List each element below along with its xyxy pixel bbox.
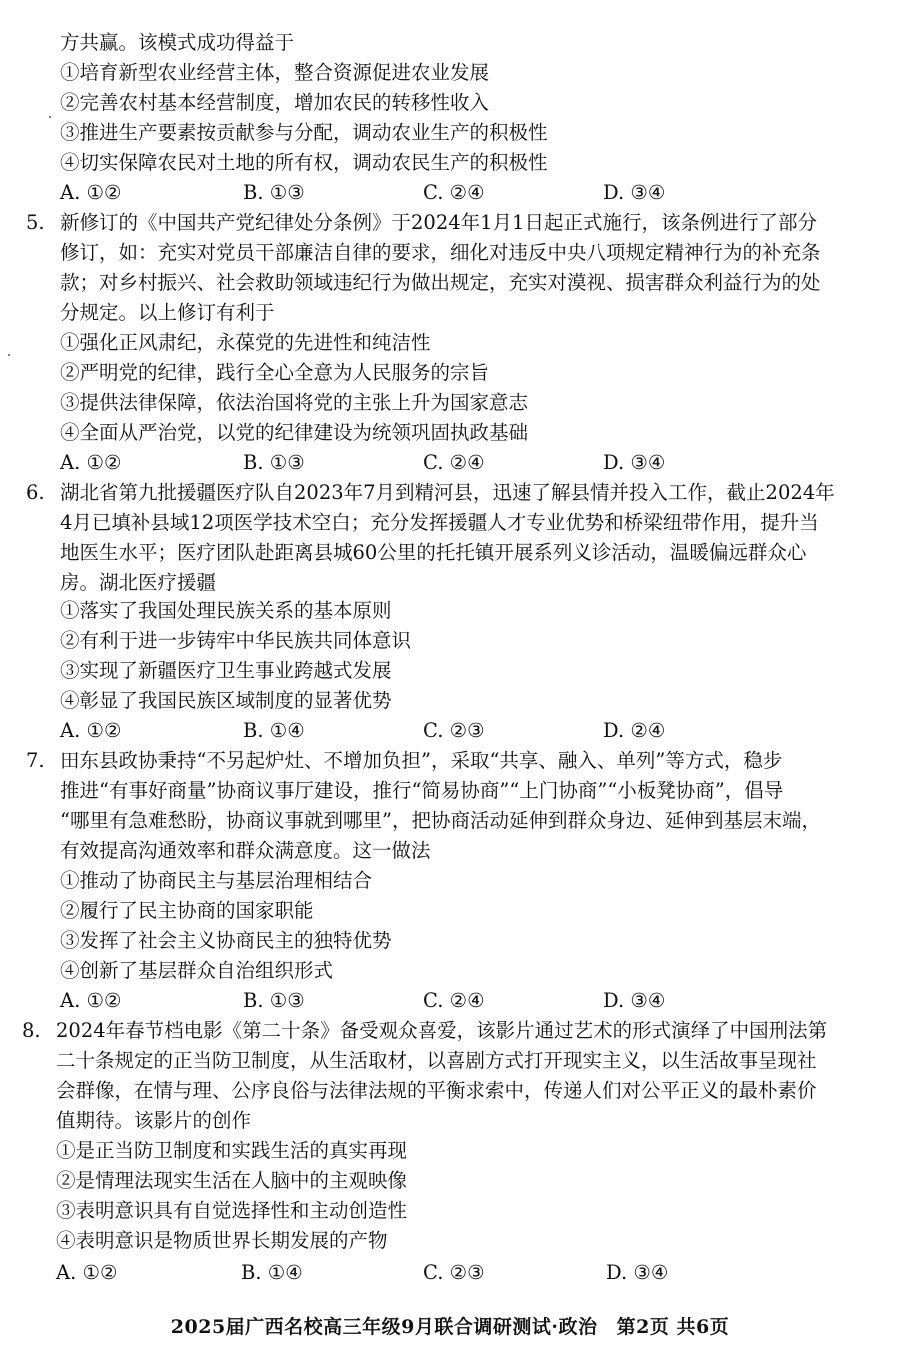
scan-speck — [8, 354, 10, 356]
exam-page: 方共赢。该模式成功得益于 ①培育新型农业经营主体，整合资源促进农业发展 ②完善农… — [0, 0, 900, 1354]
option-a: A. ①② — [56, 1260, 117, 1286]
question-number: 5. — [26, 210, 45, 236]
question-stem-line: 新修订的《中国共产党纪律处分条例》于2024年1月1日起正式施行，该条例进行了部… — [60, 210, 817, 236]
statement-2: ②严明党的纪律，践行全心全意为人民服务的宗旨 — [60, 360, 489, 386]
option-a: A. ①② — [60, 180, 121, 206]
statement-1: ①是正当防卫制度和实践生活的真实再现 — [56, 1138, 407, 1164]
option-c: C. ②④ — [423, 450, 485, 476]
statement-4: ④彰显了我国民族区域制度的显著优势 — [60, 688, 392, 714]
statement-4: ④全面从严治党，以党的纪律建设为统领巩固执政基础 — [60, 420, 528, 446]
option-d: D. ③④ — [606, 1260, 668, 1286]
statement-3: ③提供法律保障，依法治国将党的主张上升为国家意志 — [60, 390, 528, 416]
option-a: A. ①② — [60, 450, 121, 476]
statement-1: ①强化正风肃纪，永葆党的先进性和纯洁性 — [60, 330, 431, 356]
question-stem-line: 田东县政协秉持“不另起炉灶、不增加负担”，采取“共享、融入、单列”等方式，稳步 — [60, 748, 782, 774]
option-c: C. ②③ — [423, 1260, 485, 1286]
question-stem-line: “哪里有急难愁盼，协商议事就到哪里”，把协商活动延伸到群众身边、延伸到基层末端， — [60, 808, 821, 834]
statement-3: ③实现了新疆医疗卫生事业跨越式发展 — [60, 658, 392, 684]
option-a: A. ①② — [60, 988, 121, 1014]
question-stem-line: 款；对乡村振兴、社会救助领域违纪行为做出规定，充实对漠视、损害群众利益行为的处 — [60, 270, 821, 296]
statement-4: ④表明意识是物质世界长期发展的产物 — [56, 1228, 388, 1254]
page-number: 第2页 共6页 — [617, 1316, 730, 1338]
question-stem-line: 二十条规定的正当防卫制度，从生活取材，以喜剧方式打开现实主义，以生活故事呈现社 — [56, 1048, 817, 1074]
option-d: D. ③④ — [603, 180, 665, 206]
question-stem-line: 2024年春节档电影《第二十条》备受观众喜爱，该影片通过艺术的形式演绎了中国刑法… — [56, 1018, 827, 1044]
statement-4: ④切实保障农民对土地的所有权，调动农民生产的积极性 — [60, 150, 548, 176]
exam-title: 2025届广西名校高三年级9月联合调研测试·政治 — [171, 1316, 598, 1338]
option-d: D. ③④ — [603, 450, 665, 476]
question-stem-line: 分规定。以上修订有利于 — [60, 300, 275, 326]
question-number: 8. — [22, 1018, 41, 1044]
question-stem-line: 推进“有事好商量”协商议事厅建设，推行“简易协商”“上门协商”“小板凳协商”，倡… — [60, 778, 783, 804]
question-stem-line: 修订，如：充实对党员干部廉洁自律的要求，细化对违反中央八项规定精神行为的补充条 — [60, 240, 821, 266]
question-stem-line: 湖北省第九批援疆医疗队自2023年7月到精河县，迅速了解县情并投入工作，截止20… — [60, 480, 835, 506]
statement-4: ④创新了基层群众自治组织形式 — [60, 958, 333, 984]
question-stem-line: 值期待。该影片的创作 — [56, 1108, 251, 1134]
option-b: B. ①③ — [243, 180, 305, 206]
question-stem-line: 地医生水平；医疗团队赴距离县城60公里的托托镇开展系列义诊活动，温暖偏远群众心 — [60, 540, 806, 566]
question-stem-line: 会群像，在情与理、公序良俗与法律法规的平衡求索中，传递人们对公平正义的最朴素价 — [56, 1078, 817, 1104]
statement-1: ①培育新型农业经营主体，整合资源促进农业发展 — [60, 60, 489, 86]
statement-1: ①落实了我国处理民族关系的基本原则 — [60, 598, 392, 624]
scan-speck — [49, 116, 51, 118]
option-d: D. ②④ — [603, 718, 665, 744]
statement-2: ②履行了民主协商的国家职能 — [60, 898, 314, 924]
question-number: 6. — [26, 480, 45, 506]
question-stem-line: 房。湖北医疗援疆 — [60, 570, 216, 596]
option-b: B. ①③ — [243, 450, 305, 476]
statement-2: ②是情理法现实生活在人脑中的主观映像 — [56, 1168, 407, 1194]
option-c: C. ②③ — [423, 718, 485, 744]
statement-2: ②完善农村基本经营制度，增加农民的转移性收入 — [60, 90, 489, 116]
option-b: B. ①④ — [241, 1260, 303, 1286]
option-c: C. ②④ — [423, 180, 485, 206]
option-c: C. ②④ — [423, 988, 485, 1014]
statement-2: ②有利于进一步铸牢中华民族共同体意识 — [60, 628, 411, 654]
option-d: D. ③④ — [603, 988, 665, 1014]
option-b: B. ①④ — [243, 718, 305, 744]
statement-3: ③表明意识具有自觉选择性和主动创造性 — [56, 1198, 407, 1224]
question-stem-line: 4月已填补县域12项医学技术空白；充分发挥援疆人才专业优势和桥梁纽带作用，提升当 — [60, 510, 819, 536]
option-b: B. ①③ — [243, 988, 305, 1014]
question-stem-line: 有效提高沟通效率和群众满意度。这一做法 — [60, 838, 431, 864]
page-footer: 2025届广西名校高三年级9月联合调研测试·政治 第2页 共6页 — [0, 1314, 900, 1340]
statement-3: ③发挥了社会主义协商民主的独特优势 — [60, 928, 392, 954]
question-number: 7. — [26, 748, 45, 774]
question-stem-line: 方共赢。该模式成功得益于 — [60, 30, 294, 56]
option-a: A. ①② — [60, 718, 121, 744]
statement-1: ①推动了协商民主与基层治理相结合 — [60, 868, 372, 894]
statement-3: ③推进生产要素按贡献参与分配，调动农业生产的积极性 — [60, 120, 548, 146]
